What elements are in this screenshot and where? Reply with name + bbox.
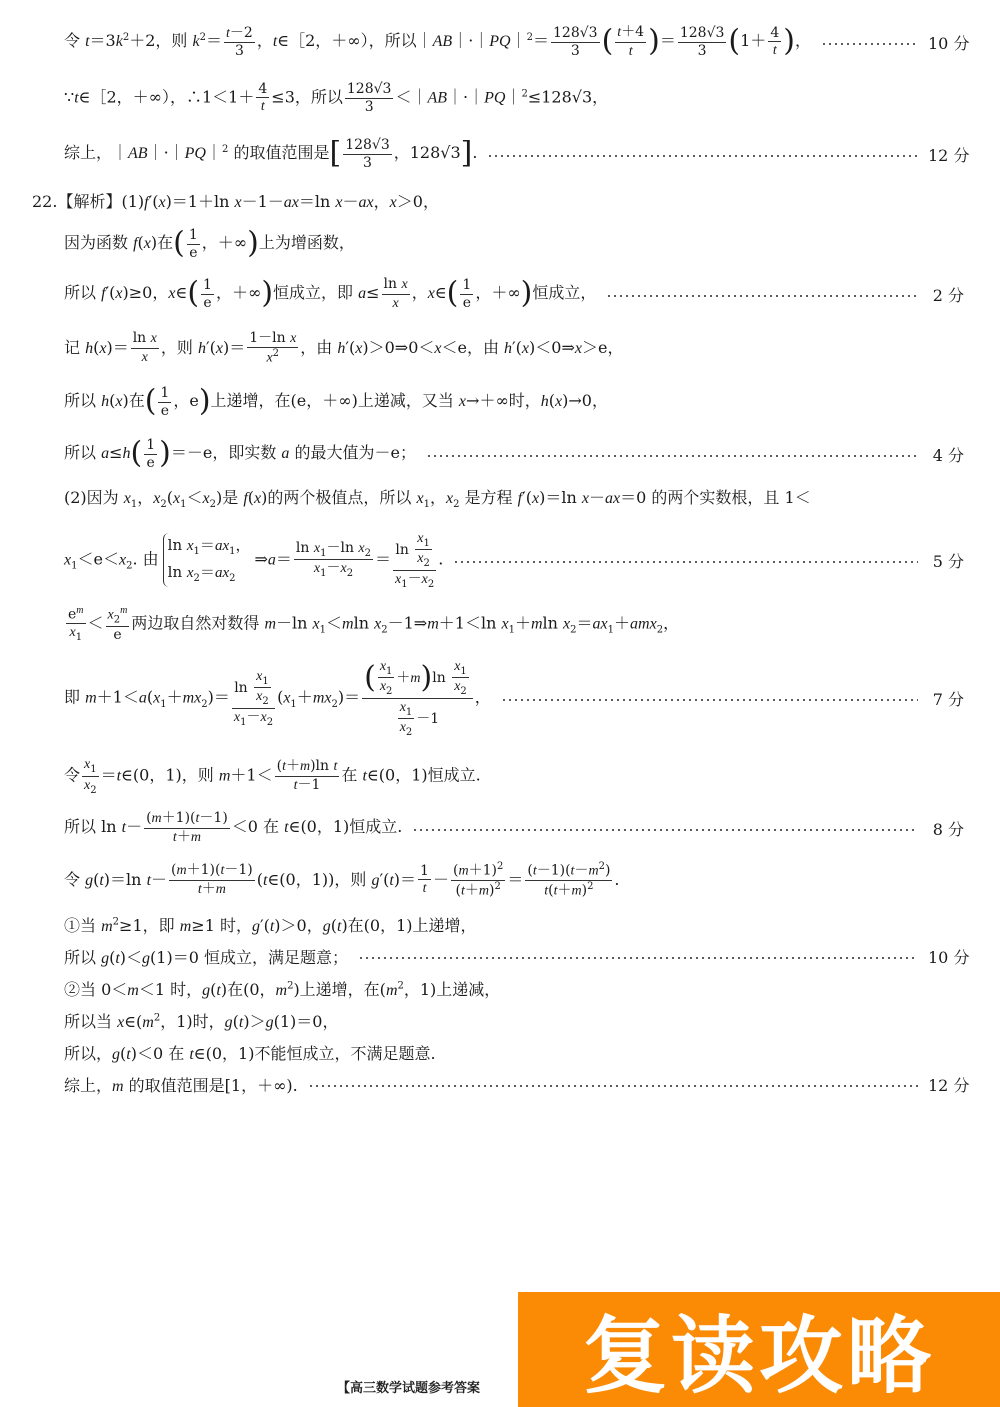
solution-line-19: ②当 0＜m＜1 时，g(t)在(0，m2)上递增，在(m2，1)上递减， <box>64 974 964 1002</box>
dot-leader <box>453 561 918 563</box>
dot-leader <box>501 699 918 701</box>
solution-line-17: ①当 m2≥1，即 m≥1 时，g′(t)＞0，g(t)在(0，1)上递增， <box>64 910 964 938</box>
dot-leader <box>821 43 918 45</box>
solution-line-21: 所以，g(t)＜0 在 t∈(0，1)不能恒成立，不满足题意. <box>64 1038 964 1066</box>
problem-22-heading: 22.【解析】(1)f′(x)＝1＋ln x－1－ax＝ln x－ax，x＞0， <box>32 186 964 214</box>
solution-line-20: 所以当 x∈(m2，1)时，g(t)＞g(1)＝0， <box>64 1006 964 1034</box>
solution-line-7: 记 h(x)＝ln xx，则 h′(x)＝1－ln xx2，由 h′(x)＞0⇒… <box>64 326 964 370</box>
solution-line-15: 所以 ln t－(m＋1)(t－1)t＋m＜0 在 t∈(0，1)恒成立. 8 … <box>64 806 964 850</box>
solution-line-14: 令x1x2＝t∈(0，1)，则 m＋1＜(t＋m)ln tt－1在 t∈(0，1… <box>64 754 964 798</box>
score-label: 12 分 <box>928 143 964 166</box>
dot-leader <box>358 957 918 959</box>
solution-line-12: emx1＜x2me两边取自然对数得 m－ln x1＜mln x2－1⇒m＋1＜l… <box>64 600 964 648</box>
dot-leader <box>487 155 918 157</box>
score-label: 10 分 <box>928 945 964 968</box>
dot-leader <box>426 455 918 457</box>
score-label: 5 分 <box>928 549 964 572</box>
solution-line-1: 令 t＝3k2＋2，则 k2＝t－23，t∈［2，＋∞），所以｜AB｜·｜PQ｜… <box>64 20 964 64</box>
score-label: 8 分 <box>928 817 964 840</box>
solution-line-8: 所以 h(x)在(1e，e)上递增，在(e，＋∞)上递减，又当 x→＋∞时，h(… <box>64 380 964 424</box>
solution-line-2: ∵t∈［2，＋∞），∴1＜1＋4t≤3，所以128√33＜｜AB｜·｜PQ｜2≤… <box>64 76 964 120</box>
solution-line-11: x1＜e＜x2. 由ln x1＝ax1，ln x2＝ax2⇒a＝ln x1－ln… <box>64 522 964 598</box>
solution-line-10: (2)因为 x1，x2(x1＜x2)是 f(x)的两个极值点，所以 x1，x2 … <box>64 484 964 512</box>
score-label: 10 分 <box>928 31 964 54</box>
score-label: 12 分 <box>928 1073 964 1096</box>
footer-label: 【高三数学试题参考答案 <box>337 1377 480 1396</box>
score-label: 4 分 <box>928 443 964 466</box>
watermark-banner: 复读攻略 <box>518 1292 1000 1407</box>
solution-line-6: 所以 f′(x)≥0，x∈(1e，＋∞)恒成立，即 a≤ln xx，x∈(1e，… <box>64 272 964 316</box>
dot-leader <box>412 829 918 831</box>
solution-line-18: 所以 g(t)＜g(1)＝0 恒成立，满足题意； 10 分 <box>64 942 964 970</box>
solution-line-5: 因为函数 f(x)在(1e，＋∞)上为增函数， <box>64 222 964 266</box>
dot-leader <box>308 1085 918 1087</box>
solution-line-9: 所以 a≤h(1e)＝－e，即实数 a 的最大值为－e； 4 分 <box>64 432 964 476</box>
solution-line-22: 综上，m 的取值范围是[1，＋∞). 12 分 <box>64 1070 964 1098</box>
score-label: 2 分 <box>928 283 964 306</box>
solution-line-16: 令 g(t)＝ln t－(m＋1)(t－1)t＋m(t∈(0，1))，则 g′(… <box>64 858 964 902</box>
solution-line-3: 综上，｜AB｜·｜PQ｜2 的取值范围是[128√33，128√3]. 12 分 <box>64 132 964 176</box>
dot-leader <box>606 295 918 297</box>
score-label: 7 分 <box>928 687 964 710</box>
solution-line-13: 即 m＋1＜a(x1＋mx2)＝ln x1x2x1－x2(x1＋mx2)＝(x1… <box>64 656 964 740</box>
